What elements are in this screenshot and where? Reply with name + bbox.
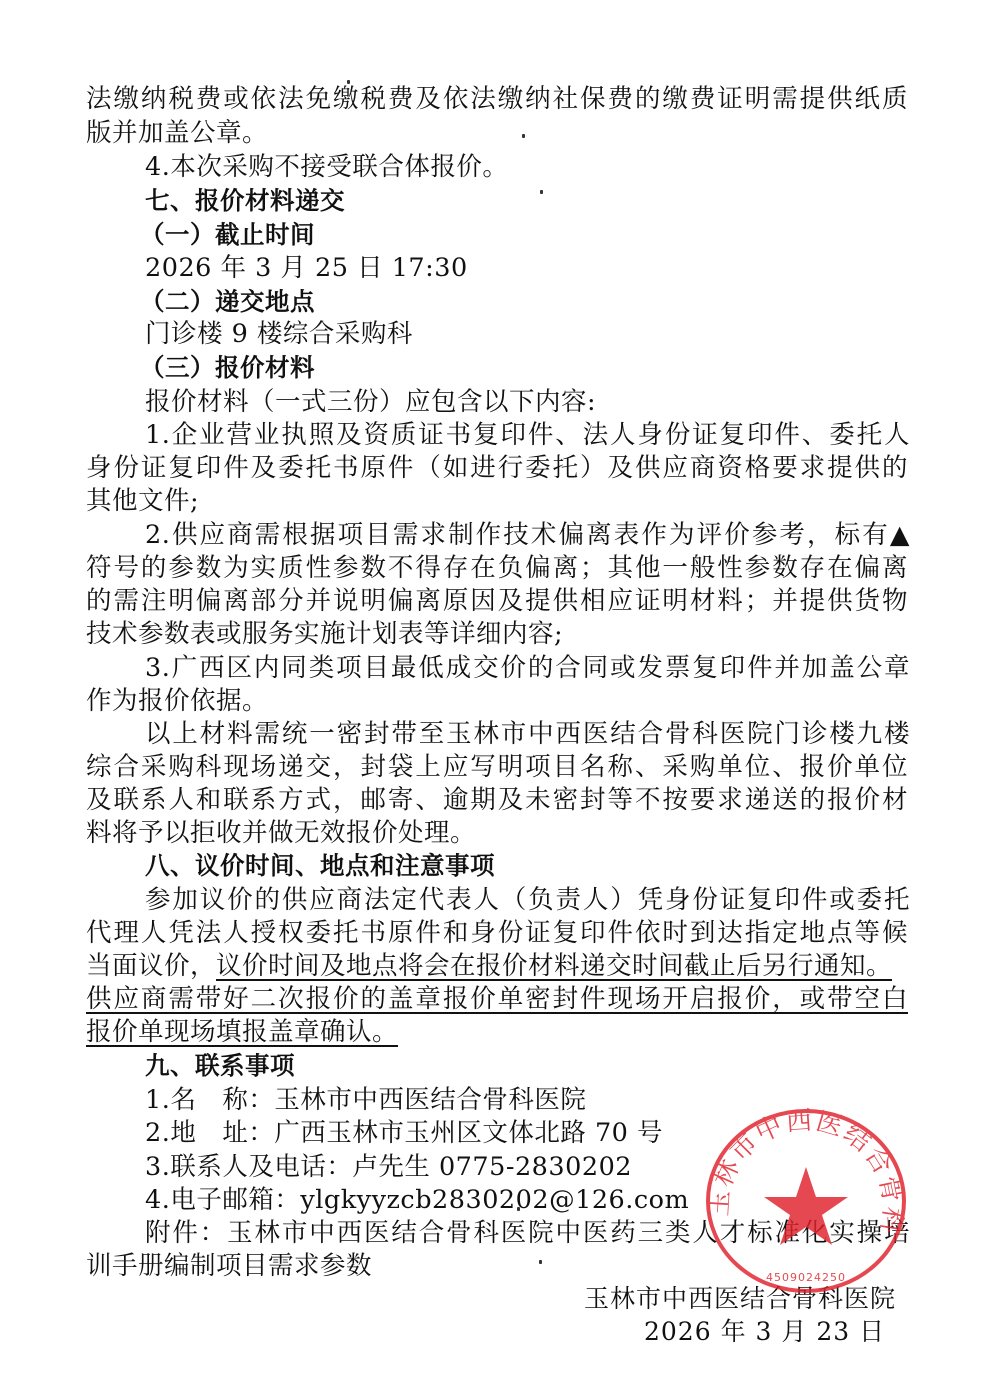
contact-phone-value: 卢先生 0775-2830202 [352, 1152, 632, 1182]
section-heading-8: 八、议价时间、地点和注意事项 [145, 850, 975, 882]
materials-note: 及联系人和联系方式，邮寄、逾期及未密封等不按要求递送的报价材 [86, 784, 908, 816]
scan-speck [517, 1207, 520, 1211]
materials-note: 料将予以拒收并做无效报价处理。 [86, 817, 916, 849]
negotiation-text-underlined: 供应商需带好二次报价的盖章报价单密封件现场开启报价，或带空白 [86, 983, 908, 1015]
negotiation-text-underlined: 议价时间及地点将会在报价材料递交时间截止后另行通知。 [216, 951, 892, 981]
materials-item-2: 2.供应商需根据项目需求制作技术偏离表作为评价参考，标有▲ [145, 519, 910, 551]
materials-item-2: 符号的参数为实质性参数不得存在负偏离；其他一般性参数存在偏离 [86, 552, 908, 584]
document-page: 法缴纳税费或依法免缴税费及依法缴纳社保费的缴费证明需提供纸质 版并加盖公章。 4… [0, 0, 1000, 1379]
contact-email-value[interactable]: ylgkyyzcb2830202@126.com [300, 1185, 689, 1215]
contact-name-label: 1.名 称： [145, 1085, 274, 1115]
contact-address-label: 2.地 址： [145, 1118, 274, 1148]
star-icon [764, 1167, 848, 1245]
contact-email-label: 4.电子邮箱： [145, 1185, 300, 1215]
materials-item-1: 身份证复印件及委托书原件（如进行委托）及供应商资格要求提供的 [86, 452, 908, 484]
materials-intro: 报价材料（一式三份）应包含以下内容: [145, 386, 975, 418]
deadline-value: 2026 年 3 月 25 日 17:30 [145, 252, 975, 284]
text-line: 版并加盖公章。 [86, 117, 916, 149]
contact-address-value: 广西玉林市玉州区文体北路 70 号 [274, 1118, 663, 1148]
list-item-no-consortium: 4.本次采购不接受联合体报价。 [145, 151, 975, 183]
scan-speck [539, 1260, 542, 1264]
subheading-materials: （三）报价材料 [140, 352, 970, 384]
text-line: 法缴纳税费或依法免缴税费及依法缴纳社保费的缴费证明需提供纸质 [86, 83, 908, 115]
materials-note: 综合采购科现场递交，封袋上应写明项目名称、采购单位、报价单位 [86, 751, 908, 783]
materials-item-2: 技术参数表或服务实施计划表等详细内容; [86, 618, 916, 650]
section-heading-9: 九、联系事项 [145, 1050, 975, 1082]
materials-item-1: 1.企业营业执照及资质证书复印件、法人身份证复印件、委托人 [145, 419, 910, 451]
materials-note: 以上材料需统一密封带至玉林市中西医结合骨科医院门诊楼九楼 [145, 718, 910, 750]
negotiation-text: 代理人凭法人授权委托书原件和身份证复印件依时到达指定地点等候 [86, 917, 908, 949]
scan-speck [347, 80, 350, 84]
subheading-location: （二）递交地点 [140, 286, 970, 318]
contact-phone-label: 3.联系人及电话： [145, 1152, 352, 1182]
negotiation-text-plain: 当面议价， [86, 951, 216, 981]
signature-date: 2026 年 3 月 23 日 [644, 1316, 885, 1348]
contact-name-value: 玉林市中西医结合骨科医院 [274, 1085, 586, 1115]
negotiation-text-underlined: 报价单现场填报盖章确认。 [86, 1016, 916, 1048]
materials-item-3: 作为报价依据。 [86, 685, 916, 717]
scan-speck [522, 134, 525, 138]
section-heading-7: 七、报价材料递交 [145, 185, 975, 217]
official-seal-stamp: 玉林市中西医结合骨科医院 4509024250 [700, 1105, 912, 1293]
materials-item-2: 的需注明偏离部分并说明偏离原因及提供相应证明材料；并提供货物 [86, 585, 908, 617]
negotiation-text: 参加议价的供应商法定代表人（负责人）凭身份证复印件或委托 [145, 884, 910, 916]
materials-item-1: 其他文件; [86, 485, 916, 517]
negotiation-text: 当面议价，议价时间及地点将会在报价材料递交时间截止后另行通知。 [86, 950, 916, 982]
scan-speck [540, 190, 543, 194]
subheading-deadline: （一）截止时间 [140, 219, 970, 251]
materials-item-3: 3.广西区内同类项目最低成交价的合同或发票复印件并加盖公章 [145, 652, 910, 684]
location-value: 门诊楼 9 楼综合采购科 [145, 318, 975, 350]
seal-code: 4509024250 [766, 1271, 846, 1284]
